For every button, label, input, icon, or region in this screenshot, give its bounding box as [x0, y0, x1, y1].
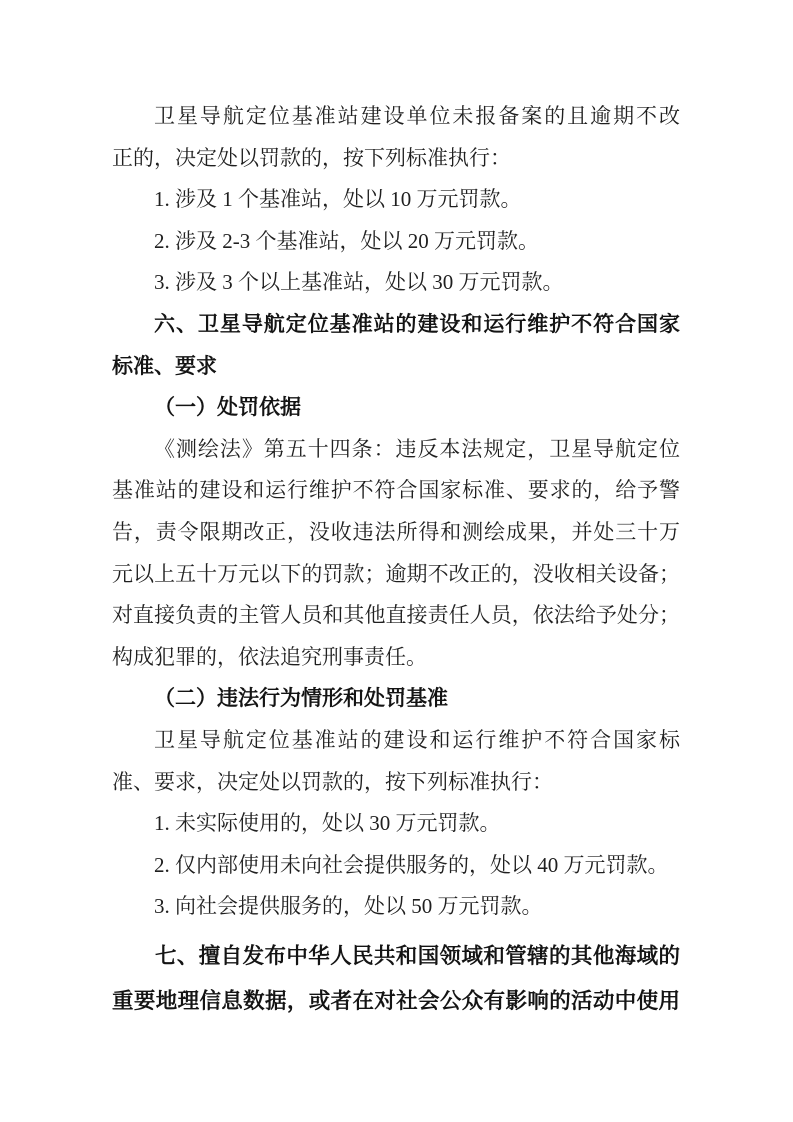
heading-line: 六、卫星导航定位基准站的建设和运行维护不符合国家: [112, 304, 680, 346]
heading-line: （二）违法行为情形和处罚基准: [112, 678, 680, 720]
para-line: 准、要求，决定处以罚款的，按下列标准执行：: [112, 762, 680, 804]
section-6-heading: 六、卫星导航定位基准站的建设和运行维护不符合国家 标准、要求: [112, 304, 680, 387]
list-item-3: 3. 涉及 3 个以上基准站，处以 30 万元罚款。: [112, 262, 680, 304]
sub-heading-penalty-basis: （一）处罚依据: [112, 387, 680, 429]
section-7-heading: 七、擅自发布中华人民共和国领域和管辖的其他海域的 重要地理信息数据，或者在对社会…: [112, 934, 680, 1024]
heading-line: 标准、要求: [112, 346, 680, 388]
heading-line: 重要地理信息数据，或者在对社会公众有影响的活动中使用: [112, 979, 680, 1024]
para-line: 告，责令限期改正，没收违法所得和测绘成果，并处三十万: [112, 512, 680, 554]
heading-line: 七、擅自发布中华人民共和国领域和管辖的其他海域的: [112, 934, 680, 979]
document-body: 卫星导航定位基准站建设单位未报备案的且逾期不改 正的，决定处以罚款的，按下列标准…: [112, 96, 680, 1024]
para-line: 构成犯罪的，依法追究刑事责任。: [112, 637, 680, 679]
document-page: 卫星导航定位基准站建设单位未报备案的且逾期不改 正的，决定处以罚款的，按下列标准…: [0, 0, 793, 1122]
para-line: 对直接负责的主管人员和其他直接责任人员，依法给予处分；: [112, 595, 680, 637]
list-item-3: 3. 向社会提供服务的，处以 50 万元罚款。: [112, 886, 680, 928]
filing-penalty-list: 1. 涉及 1 个基准站，处以 10 万元罚款。 2. 涉及 2-3 个基准站，…: [112, 179, 680, 304]
para-line: 卫星导航定位基准站的建设和运行维护不符合国家标: [112, 720, 680, 762]
standards-penalty-list: 1. 未实际使用的，处以 30 万元罚款。 2. 仅内部使用未向社会提供服务的，…: [112, 803, 680, 928]
list-item-1: 1. 未实际使用的，处以 30 万元罚款。: [112, 803, 680, 845]
para-line: 元以上五十万元以下的罚款；逾期不改正的，没收相关设备；: [112, 554, 680, 596]
para-surveying-law-article-54: 《测绘法》第五十四条：违反本法规定，卫星导航定位 基准站的建设和运行维护不符合国…: [112, 429, 680, 679]
para-line: 基准站的建设和运行维护不符合国家标准、要求的，给予警: [112, 470, 680, 512]
para-standards-penalty-intro: 卫星导航定位基准站的建设和运行维护不符合国家标 准、要求，决定处以罚款的，按下列…: [112, 720, 680, 803]
para-line: 卫星导航定位基准站建设单位未报备案的且逾期不改: [112, 96, 680, 138]
para-filing-penalty-intro: 卫星导航定位基准站建设单位未报备案的且逾期不改 正的，决定处以罚款的，按下列标准…: [112, 96, 680, 179]
list-item-2: 2. 涉及 2-3 个基准站，处以 20 万元罚款。: [112, 221, 680, 263]
para-line: 《测绘法》第五十四条：违反本法规定，卫星导航定位: [112, 429, 680, 471]
sub-heading-violation-circumstances: （二）违法行为情形和处罚基准: [112, 678, 680, 720]
list-item-1: 1. 涉及 1 个基准站，处以 10 万元罚款。: [112, 179, 680, 221]
para-line: 正的，决定处以罚款的，按下列标准执行：: [112, 138, 680, 180]
heading-line: （一）处罚依据: [112, 387, 680, 429]
list-item-2: 2. 仅内部使用未向社会提供服务的，处以 40 万元罚款。: [112, 845, 680, 887]
